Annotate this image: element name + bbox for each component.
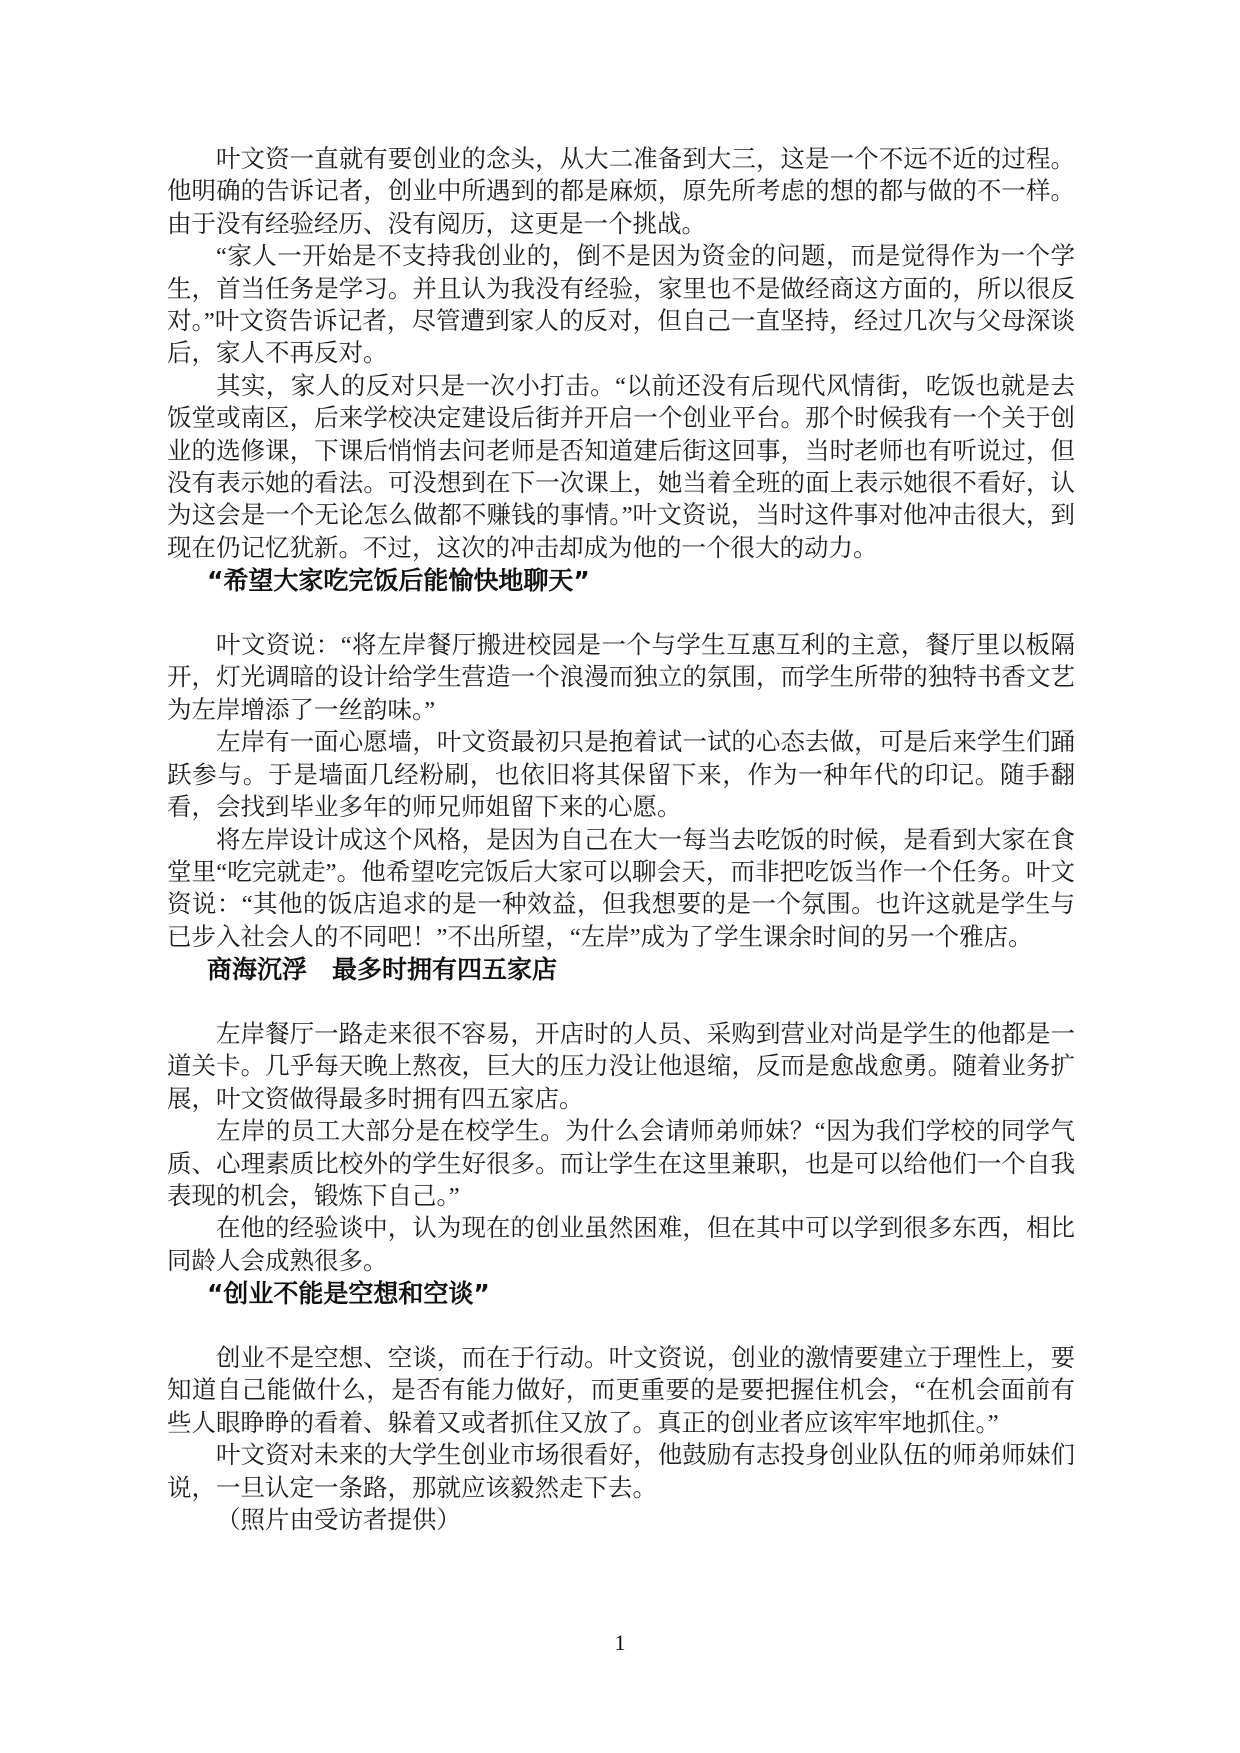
- page-number: 1: [615, 1630, 626, 1655]
- body-paragraph: 叶文资说：“将左岸餐厅搬进校园是一个与学生互惠互利的主意，餐厅里以板隔开，灯光调…: [167, 630, 1075, 727]
- section-heading: “希望大家吃完饭后能愉快地聊天”: [167, 565, 1075, 597]
- body-paragraph: “家人一开始是不支持我创业的，倒不是因为资金的问题，而是觉得作为一个学生，首当任…: [167, 241, 1075, 371]
- section-heading: 商海沉浮 最多时拥有四五家店: [167, 954, 1075, 986]
- body-paragraph: 叶文资对未来的大学生创业市场很看好，他鼓励有志投身创业队伍的师弟师妹们说，一旦认…: [167, 1440, 1075, 1505]
- body-paragraph: （照片由受访者提供）: [167, 1505, 1075, 1537]
- body-paragraph: 叶文资一直就有要创业的念头，从大二准备到大三，这是一个不远不近的过程。他明确的告…: [167, 144, 1075, 241]
- section-heading: “创业不能是空想和空谈”: [167, 1278, 1075, 1310]
- body-paragraph: 其实，家人的反对只是一次小打击。“以前还没有后现代风情街，吃饭也就是去饭堂或南区…: [167, 371, 1075, 565]
- page-footer: 1: [0, 1630, 1240, 1656]
- body-paragraph: 创业不是空想、空谈，而在于行动。叶文资说，创业的激情要建立于理性上，要知道自己能…: [167, 1343, 1075, 1440]
- body-paragraph: 将左岸设计成这个风格，是因为自己在大一每当去吃饭的时候，是看到大家在食堂里“吃完…: [167, 825, 1075, 955]
- article-body: 叶文资一直就有要创业的念头，从大二准备到大三，这是一个不远不近的过程。他明确的告…: [167, 144, 1075, 1537]
- document-page: 叶文资一直就有要创业的念头，从大二准备到大三，这是一个不远不近的过程。他明确的告…: [0, 0, 1240, 1753]
- body-paragraph: 左岸餐厅一路走来很不容易，开店时的人员、采购到营业对尚是学生的他都是一道关卡。几…: [167, 1019, 1075, 1116]
- body-paragraph: 左岸有一面心愿墙，叶文资最初只是抱着试一试的心态去做，可是后来学生们踊跃参与。于…: [167, 727, 1075, 824]
- body-paragraph: 在他的经验谈中，认为现在的创业虽然困难，但在其中可以学到很多东西，相比同龄人会成…: [167, 1213, 1075, 1278]
- body-paragraph: 左岸的员工大部分是在校学生。为什么会请师弟师妹？“因为我们学校的同学气质、心理素…: [167, 1116, 1075, 1213]
